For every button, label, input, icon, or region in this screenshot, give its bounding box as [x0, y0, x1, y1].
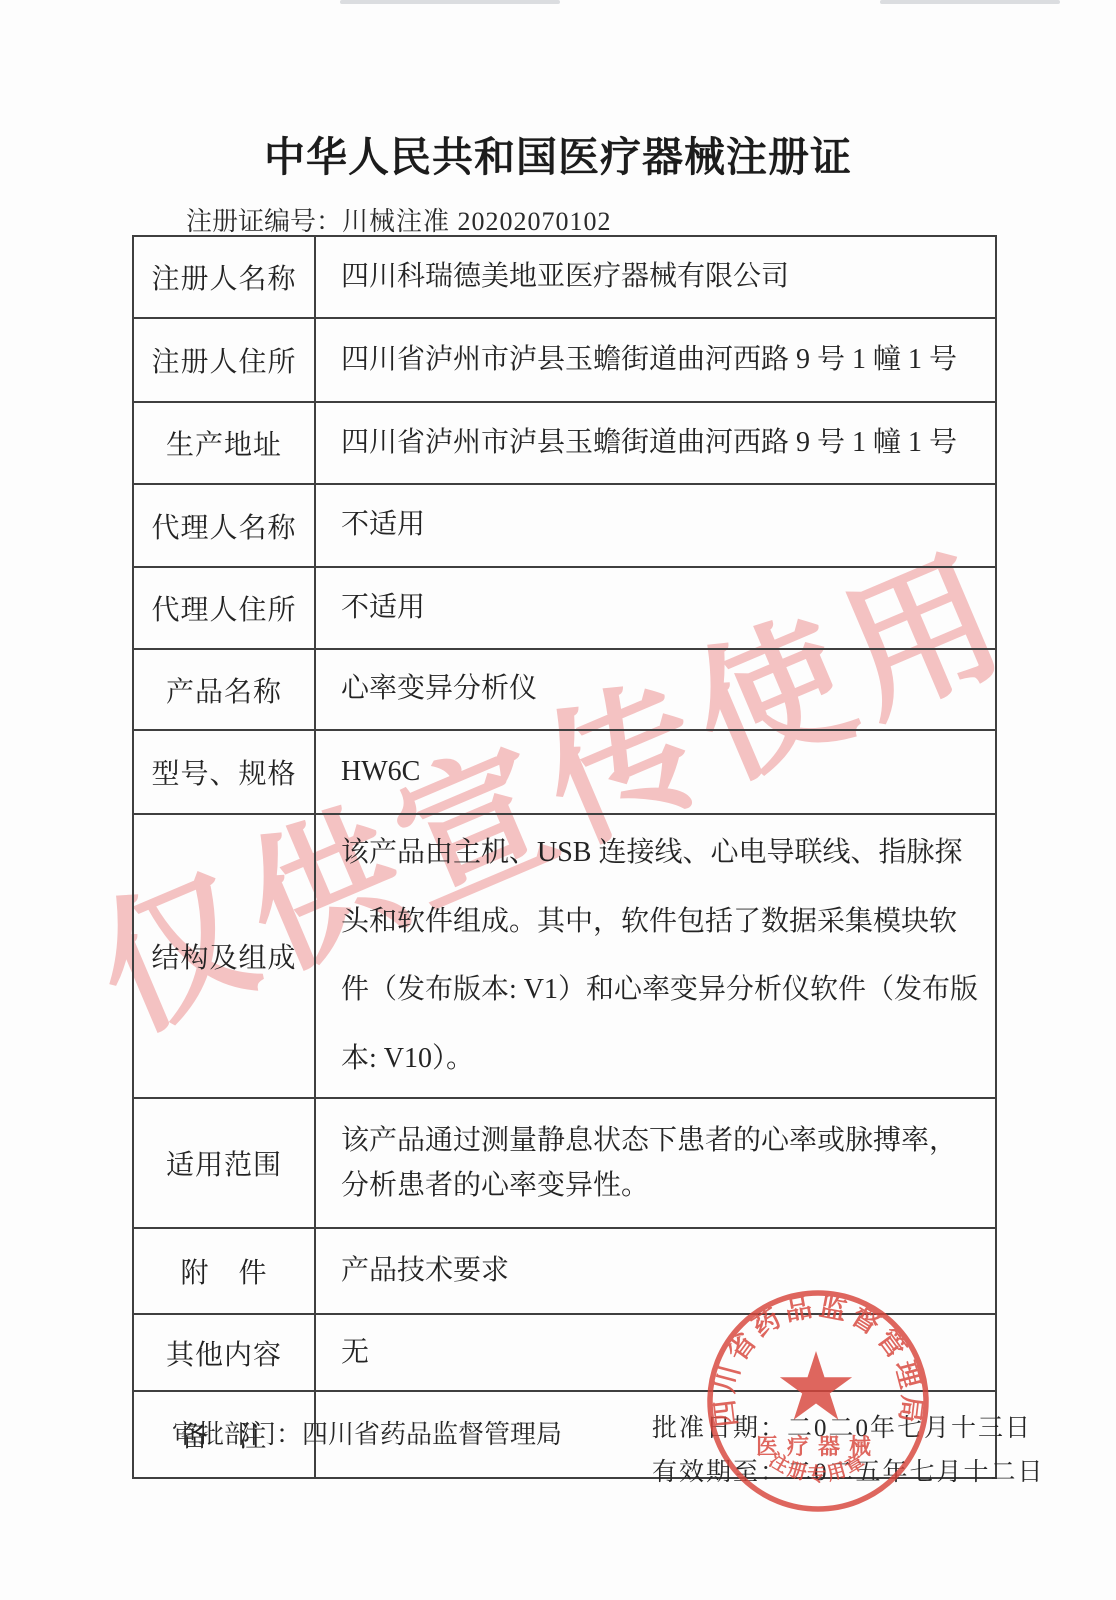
scan-artifact	[340, 0, 560, 4]
table-row: 代理人住所 不适用	[133, 567, 996, 649]
certificate-number-label: 注册证编号：	[186, 207, 342, 236]
table-row: 代理人名称 不适用	[133, 484, 996, 567]
field-value: 不适用	[315, 484, 996, 567]
valid-until-line: 有效期至：二0二五年七月十二日	[652, 1452, 1045, 1488]
approval-department-line: 审批部门：四川省药品监督管理局	[172, 1414, 562, 1451]
registration-table: 注册人名称 四川科瑞德美地亚医疗器械有限公司 注册人住所 四川省泸州市泸县玉蟾街…	[132, 235, 997, 1479]
table-row: 产品名称 心率变异分析仪	[133, 649, 996, 730]
table-row: 注册人住所 四川省泸州市泸县玉蟾街道曲河西路 9 号 1 幢 1 号	[133, 318, 996, 402]
field-value: 四川省泸州市泸县玉蟾街道曲河西路 9 号 1 幢 1 号	[315, 402, 996, 484]
field-value: 该产品通过测量静息状态下患者的心率或脉搏率，分析患者的心率变异性。	[315, 1098, 996, 1228]
table-row: 其他内容 无	[133, 1314, 996, 1391]
field-label: 其他内容	[133, 1314, 315, 1391]
certificate-page: 仅供宣传使用 中华人民共和国医疗器械注册证 注册证编号：川械注准 2020207…	[0, 0, 1116, 1600]
scan-artifact	[880, 0, 1060, 4]
field-value: 不适用	[315, 567, 996, 649]
table-row: 生产地址 四川省泸州市泸县玉蟾街道曲河西路 9 号 1 幢 1 号	[133, 402, 996, 484]
valid-until-value: 二0二五年七月十二日	[787, 1459, 1045, 1486]
field-value: 四川省泸州市泸县玉蟾街道曲河西路 9 号 1 幢 1 号	[315, 318, 996, 402]
field-value: 产品技术要求	[315, 1228, 996, 1314]
field-label: 附 件	[133, 1228, 315, 1314]
field-value: 心率变异分析仪	[315, 649, 996, 730]
table-row: 型号、规格 HW6C	[133, 730, 996, 814]
field-label: 注册人名称	[133, 236, 315, 318]
field-label: 产品名称	[133, 649, 315, 730]
table-row: 附 件 产品技术要求	[133, 1228, 996, 1314]
valid-until-label: 有效期至：	[652, 1459, 787, 1486]
approval-date-value: 二0二0年七月十三日	[787, 1415, 1032, 1442]
field-label: 代理人住所	[133, 567, 315, 649]
document-title: 中华人民共和国医疗器械注册证	[0, 124, 1116, 183]
approval-date-label: 批准日期：	[652, 1415, 787, 1442]
field-label: 型号、规格	[133, 730, 315, 814]
certificate-number-line: 注册证编号：川械注准 20202070102	[186, 201, 612, 238]
field-value: 无	[315, 1314, 996, 1391]
field-label: 结构及组成	[133, 814, 315, 1098]
field-value: 该产品由主机、USB 连接线、心电导联线、指脉探头和软件组成。其中，软件包括了数…	[315, 814, 996, 1098]
table-row: 注册人名称 四川科瑞德美地亚医疗器械有限公司	[133, 236, 996, 318]
field-label: 适用范围	[133, 1098, 315, 1228]
approval-department-label: 审批部门：	[172, 1420, 302, 1449]
field-value: HW6C	[315, 730, 996, 814]
approval-date-line: 批准日期：二0二0年七月十三日	[652, 1408, 1032, 1444]
table-row: 适用范围 该产品通过测量静息状态下患者的心率或脉搏率，分析患者的心率变异性。	[133, 1098, 996, 1228]
field-label: 生产地址	[133, 402, 315, 484]
certificate-number-value: 川械注准 20202070102	[342, 207, 612, 236]
approval-department-value: 四川省药品监督管理局	[302, 1420, 562, 1449]
table-row: 结构及组成 该产品由主机、USB 连接线、心电导联线、指脉探头和软件组成。其中，…	[133, 814, 996, 1098]
field-label: 代理人名称	[133, 484, 315, 567]
field-label: 注册人住所	[133, 318, 315, 402]
field-value: 四川科瑞德美地亚医疗器械有限公司	[315, 236, 996, 318]
